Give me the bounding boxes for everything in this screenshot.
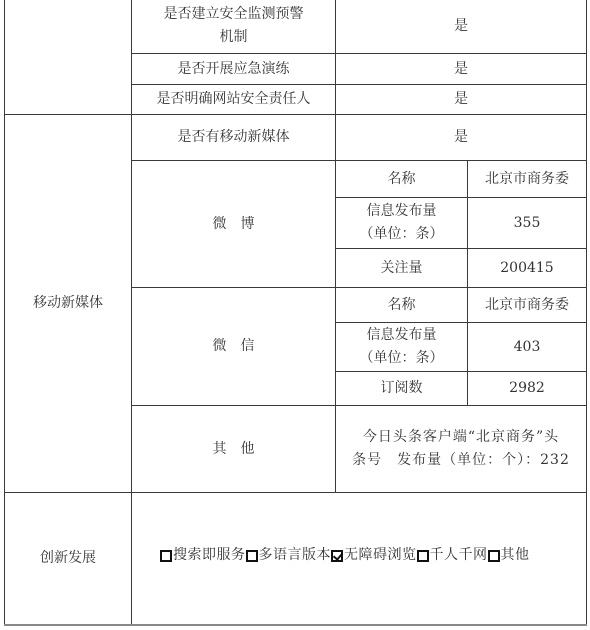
checkbox-unchecked-icon[interactable] [160, 550, 172, 562]
section-label: 移动新媒体 [33, 292, 103, 315]
label-line: 是否建立安全监测预警 [164, 3, 304, 26]
checkbox-checked-icon[interactable] [331, 550, 343, 562]
label-text: 名称 [388, 168, 416, 191]
other-value: 今日头条客户端“北京商务”头 条号 发布量（单位：个）：232 [335, 405, 587, 493]
table-bottom-border [4, 624, 587, 626]
label-line: （单位：条） [360, 223, 444, 246]
security-row-monitoring-value: 是 [335, 0, 587, 54]
value-text: 是 [454, 58, 468, 81]
label-text: 名称 [388, 294, 416, 317]
section-label: 创新发展 [40, 547, 96, 570]
security-row-responsible-label: 是否明确网站安全责任人 [131, 84, 336, 115]
value-text: 2982 [509, 377, 545, 400]
value-text: 是 [454, 126, 468, 149]
wechat-name-value: 北京市商务委 [467, 287, 587, 323]
checkbox-unchecked-icon[interactable] [488, 550, 500, 562]
security-row-monitoring-label: 是否建立安全监测预警 机制 [131, 0, 336, 54]
checkbox-unchecked-icon[interactable] [246, 550, 258, 562]
option-label: 其他 [501, 544, 530, 567]
innovation-section-label: 创新发展 [4, 492, 132, 625]
wechat-subscribers-value: 2982 [467, 371, 587, 406]
value-text: 403 [514, 336, 541, 359]
label-text: 是否明确网站安全责任人 [157, 88, 311, 111]
security-row-drill-label: 是否开展应急演练 [131, 53, 336, 85]
option-other[interactable]: 其他 [488, 544, 530, 567]
security-row-drill-value: 是 [335, 53, 587, 85]
value-text: 200415 [500, 257, 553, 280]
wechat-label: 微 信 [131, 287, 336, 406]
label-text: 是否有移动新媒体 [178, 126, 290, 149]
option-label: 多语言版本 [259, 544, 332, 567]
security-row-responsible-value: 是 [335, 84, 587, 115]
weibo-posts-value: 355 [467, 197, 587, 249]
option-label: 搜索即服务 [173, 544, 246, 567]
wechat-posts-value: 403 [467, 322, 587, 372]
other-label: 其 他 [131, 405, 336, 493]
weibo-followers-value: 200415 [467, 248, 587, 288]
label-line: 机制 [164, 26, 304, 49]
label-text: 关注量 [381, 257, 423, 280]
option-label: 无障碍浏览 [344, 544, 417, 567]
value-line: 条号 发布量（单位：个）：232 [352, 449, 570, 472]
weibo-posts-label: 信息发布量 （单位：条） [335, 197, 468, 249]
value-line: 今日头条客户端“北京商务”头 [352, 426, 570, 449]
label-line: 信息发布量 [360, 324, 444, 347]
value-text: 北京市商务委 [485, 294, 569, 317]
label-text: 是否开展应急演练 [178, 58, 290, 81]
innovation-options: 搜索即服务 多语言版本 无障碍浏览 千人千网 其他 [160, 544, 530, 567]
value-text: 是 [454, 15, 468, 38]
checkbox-unchecked-icon[interactable] [417, 550, 429, 562]
label-text: 其 他 [213, 438, 255, 461]
label-line: （单位：条） [360, 347, 444, 370]
value-text: 北京市商务委 [485, 168, 569, 191]
option-multilingual[interactable]: 多语言版本 [246, 544, 332, 567]
option-search-as-service[interactable]: 搜索即服务 [160, 544, 246, 567]
label-text: 微 博 [213, 213, 255, 236]
weibo-name-label: 名称 [335, 160, 468, 198]
wechat-subscribers-label: 订阅数 [335, 371, 468, 406]
value-text: 355 [514, 212, 541, 235]
label-line: 信息发布量 [360, 200, 444, 223]
label-text: 微 信 [213, 335, 255, 358]
mobile-media-section-label: 移动新媒体 [4, 114, 132, 493]
wechat-name-label: 名称 [335, 287, 468, 323]
weibo-followers-label: 关注量 [335, 248, 468, 288]
innovation-options-cell: 搜索即服务 多语言版本 无障碍浏览 千人千网 其他 [131, 492, 587, 625]
weibo-name-value: 北京市商务委 [467, 160, 587, 198]
wechat-posts-label: 信息发布量 （单位：条） [335, 322, 468, 372]
report-table: 是否建立安全监测预警 机制 是 是否开展应急演练 是 是否明确网站安全责任人 是… [4, 0, 587, 625]
security-section-label-cell [4, 0, 132, 115]
value-text: 是 [454, 88, 468, 111]
option-label: 千人千网 [430, 544, 488, 567]
option-accessibility[interactable]: 无障碍浏览 [331, 544, 417, 567]
label-text: 订阅数 [381, 377, 423, 400]
option-personalized[interactable]: 千人千网 [417, 544, 488, 567]
has-mobile-media-value: 是 [335, 114, 587, 161]
weibo-label: 微 博 [131, 160, 336, 288]
has-mobile-media-label: 是否有移动新媒体 [131, 114, 336, 161]
